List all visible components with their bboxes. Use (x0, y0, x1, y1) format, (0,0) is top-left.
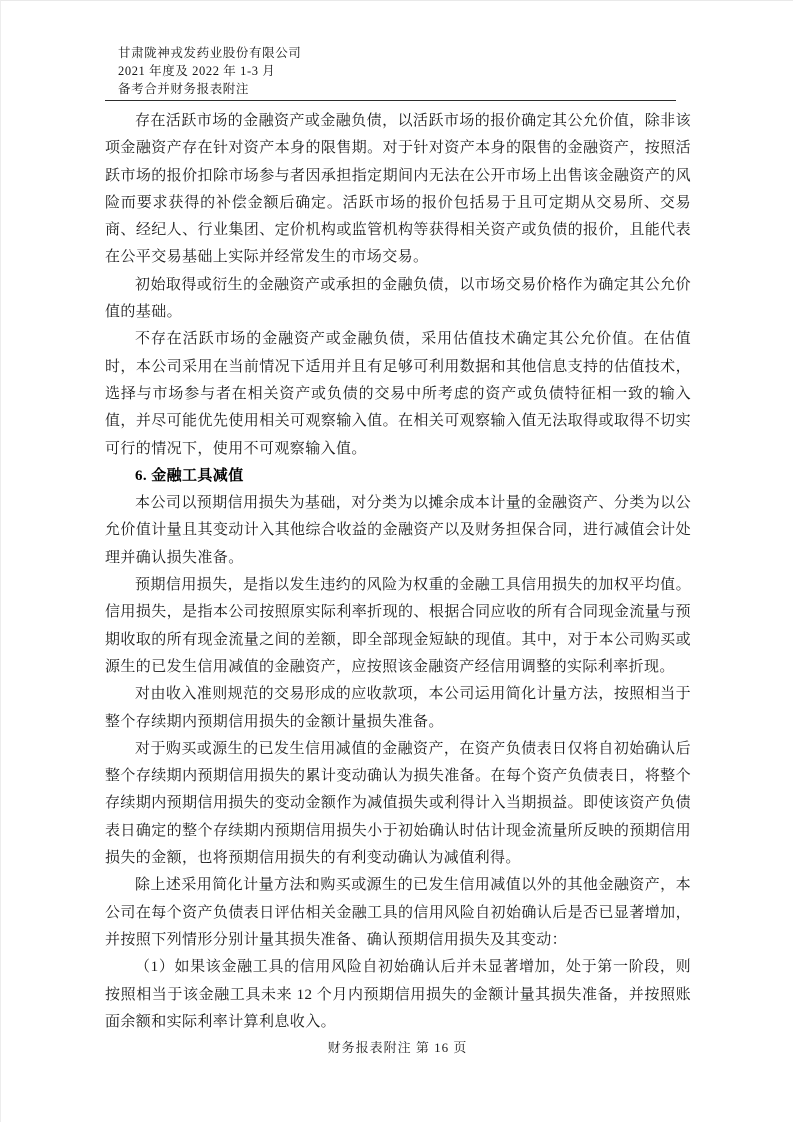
header-divider (105, 100, 676, 101)
document-page: { "header": { "company_name": "甘肃陇神戎发药业股… (0, 0, 793, 1122)
document-header: 甘肃陇神戎发药业股份有限公司 2021 年度及 2022 年 1-3 月 备考合… (105, 44, 691, 98)
body-paragraph: 本公司以预期信用损失为基础，对分类为以摊余成本计量的金融资产、分类为以公允价值计… (105, 490, 691, 572)
header-report-period: 2021 年度及 2022 年 1-3 月 (118, 62, 691, 80)
body-paragraph: 预期信用损失，是指以发生违约的风险为权重的金融工具信用损失的加权平均值。信用损失… (105, 572, 691, 681)
section-heading: 6. 金融工具减值 (105, 463, 691, 490)
body-paragraph: 存在活跃市场的金融资产或金融负债，以活跃市场的报价确定其公允价值，除非该项金融资… (105, 108, 691, 272)
header-report-title: 备考合并财务报表附注 (118, 80, 691, 98)
body-paragraph: 对于购买或源生的已发生信用减值的金融资产，在资产负债表日仅将自初始确认后整个存续… (105, 736, 691, 872)
numbered-list-item: （1）如果该金融工具的信用风险自初始确认后并未显著增加，处于第一阶段，则按照相当… (105, 954, 691, 1036)
header-company-name: 甘肃陇神戎发药业股份有限公司 (118, 44, 691, 62)
page-footer: 财务报表附注 第 16 页 (1, 1037, 793, 1056)
body-paragraph: 除上述采用简化计量方法和购买或源生的已发生信用减值以外的其他金融资产，本公司在每… (105, 872, 691, 954)
body-paragraph: 对由收入准则规范的交易形成的应收款项，本公司运用简化计量方法，按照相当于整个存续… (105, 681, 691, 736)
body-paragraph: 不存在活跃市场的金融资产或金融负债，采用估值技术确定其公允价值。在估值时，本公司… (105, 326, 691, 462)
document-body: 存在活跃市场的金融资产或金融负债，以活跃市场的报价确定其公允价值，除非该项金融资… (105, 108, 691, 1036)
body-paragraph: 初始取得或衍生的金融资产或承担的金融负债，以市场交易价格作为确定其公允价值的基础… (105, 272, 691, 327)
document-content: 甘肃陇神戎发药业股份有限公司 2021 年度及 2022 年 1-3 月 备考合… (105, 44, 691, 1036)
